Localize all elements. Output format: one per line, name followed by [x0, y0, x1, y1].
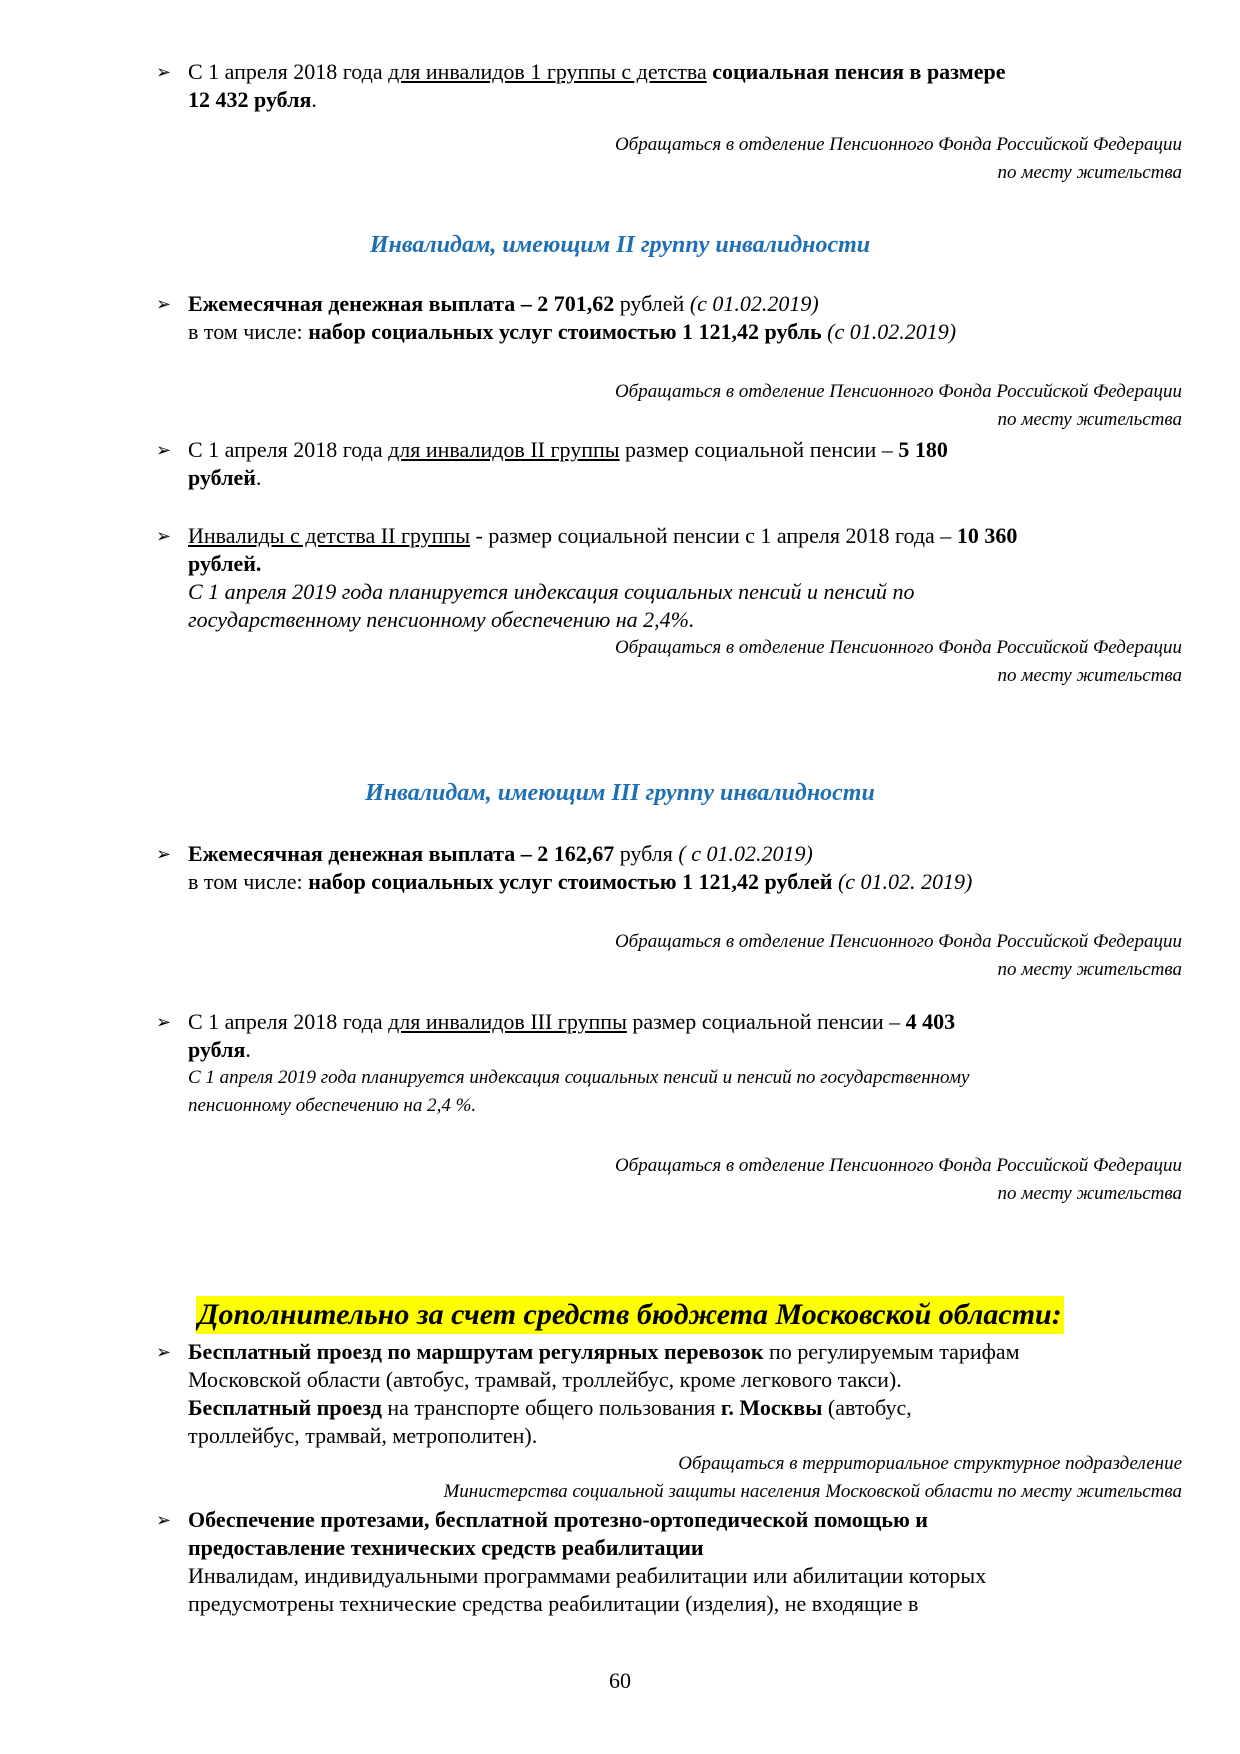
list-item-group1-child-pension: ➢ С 1 апреля 2018 года для инвалидов 1 г…: [188, 58, 1188, 114]
list-item-free-transport: ➢ Бесплатный проезд по маршрутам регуляр…: [188, 1338, 1188, 1450]
arrow-bullet-icon: ➢: [156, 522, 171, 550]
arrow-bullet-icon: ➢: [156, 290, 171, 318]
arrow-bullet-icon: ➢: [156, 840, 171, 868]
contact-note: Обращаться в отделение Пенсионного Фонда…: [382, 634, 1182, 690]
contact-note-ministry: Обращаться в территориальное структурное…: [382, 1450, 1182, 1506]
section-heading-group2: Инвалидам, имеющим II группу инвалидност…: [0, 232, 1240, 259]
contact-note: Обращаться в отделение Пенсионного Фонда…: [382, 378, 1182, 434]
page-number: 60: [0, 1668, 1240, 1694]
arrow-bullet-icon: ➢: [156, 1338, 171, 1366]
list-item-group2-child-pension: ➢ Инвалиды с детства II группы - размер …: [188, 522, 1188, 634]
amount: 12 432 рубля: [188, 87, 311, 112]
arrow-bullet-icon: ➢: [156, 436, 171, 464]
contact-note: Обращаться в отделение Пенсионного Фонда…: [382, 1152, 1182, 1208]
document-page: ➢ С 1 апреля 2018 года для инвалидов 1 г…: [0, 0, 1240, 1754]
section-heading-group3: Инвалидам, имеющим III группу инвалиднос…: [0, 780, 1240, 807]
contact-note: Обращаться в отделение Пенсионного Фонда…: [382, 928, 1182, 984]
list-item-group2-edv: ➢ Ежемесячная денежная выплата – 2 701,6…: [188, 290, 1188, 346]
list-item-group3-edv: ➢ Ежемесячная денежная выплата – 2 162,6…: [188, 840, 1188, 896]
arrow-bullet-icon: ➢: [156, 1506, 171, 1534]
arrow-bullet-icon: ➢: [156, 58, 171, 86]
list-item-prosthetics: ➢ Обеспечение протезами, бесплатной прот…: [188, 1506, 1188, 1618]
highlighted-section-heading: Дополнительно за счет средств бюджета Мо…: [196, 1296, 1064, 1334]
arrow-bullet-icon: ➢: [156, 1008, 171, 1036]
contact-note: Обращаться в отделение Пенсионного Фонда…: [382, 131, 1182, 187]
list-item-group2-pension: ➢ С 1 апреля 2018 года для инвалидов II …: [188, 436, 1188, 492]
list-item-group3-pension: ➢ С 1 апреля 2018 года для инвалидов III…: [188, 1008, 1188, 1120]
